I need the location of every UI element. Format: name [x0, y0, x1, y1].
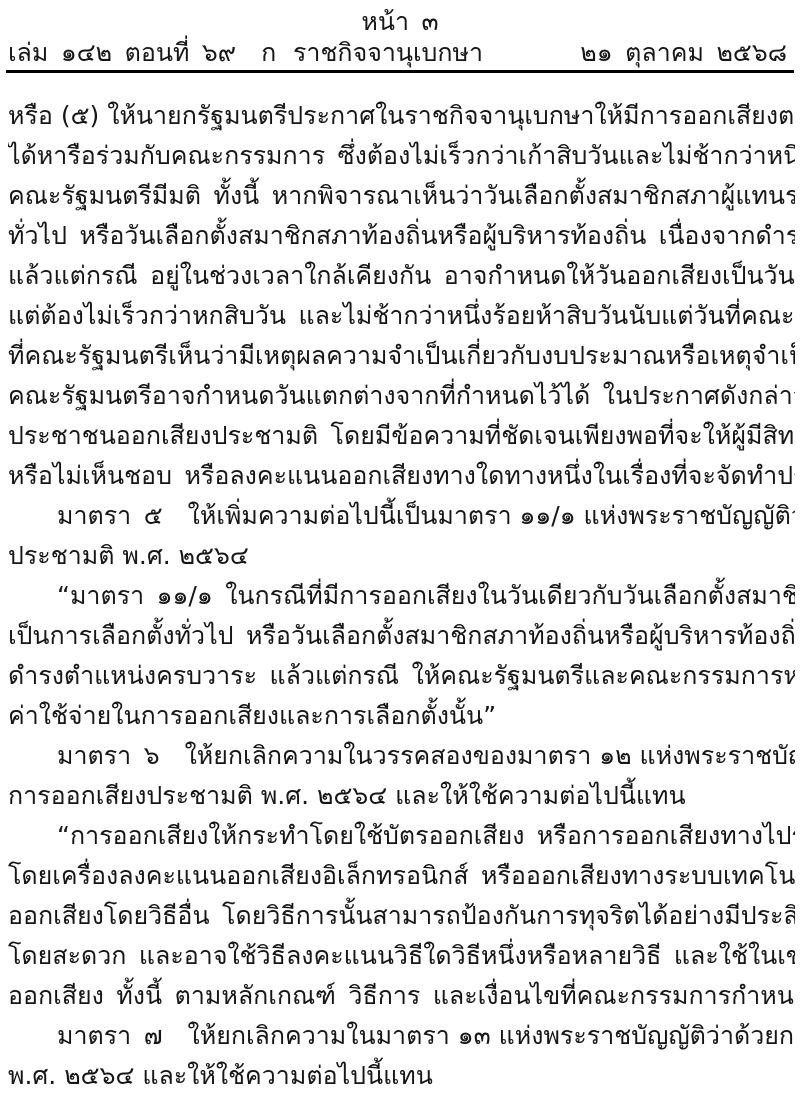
document-line: ประชามติ พ.ศ. ๒๕๖๔ [8, 536, 795, 576]
document-line: มาตรา ๖ ให้ยกเลิกความในวรรคสองของมาตรา ๑… [8, 736, 795, 776]
document-line: ออกเสียงโดยวิธีอื่น โดยวิธีการนั้นสามารถ… [8, 896, 795, 936]
document-line: แต่ต้องไม่เร็วกว่าหกสิบวัน และไม่ช้ากว่า… [8, 296, 795, 336]
paragraph: มาตรา ๗ ให้ยกเลิกความในมาตรา ๑๓ แห่งพระร… [8, 1016, 795, 1096]
page-number-label: หน้า ๓ [0, 7, 800, 37]
header-row: เล่ม ๑๔๒ ตอนที่ ๖๙ ก ราชกิจจานุเบกษา ๒๑ … [0, 39, 800, 67]
document-line: ได้หารือร่วมกับคณะกรรมการ ซึ่งต้องไม่เร็… [8, 136, 795, 176]
document-line: ทั่วไป หรือวันเลือกตั้งสมาชิกสภาท้องถิ่น… [8, 216, 795, 256]
issue-date: ๒๑ ตุลาคม ๒๕๖๘ [580, 39, 787, 67]
page-header: หน้า ๓ เล่ม ๑๔๒ ตอนที่ ๖๙ ก ราชกิจจานุเบ… [0, 7, 800, 73]
document-line: ออกเสียง ทั้งนี้ ตามหลักเกณฑ์ วิธีการ แล… [8, 976, 795, 1016]
document-line: โดยสะดวก และอาจใช้วิธีลงคะแนนวิธีใดวิธีห… [8, 936, 795, 976]
document-line: “มาตรา ๑๑/๑ ในกรณีที่มีการออกเสียงในวันเ… [8, 576, 795, 616]
document-line: หรือไม่เห็นชอบ หรือลงคะแนนออกเสียงทางใดท… [8, 456, 795, 496]
document-line: ที่คณะรัฐมนตรีเห็นว่ามีเหตุผลความจำเป็นเ… [8, 336, 795, 376]
document-line: ค่าใช้จ่ายในการออกเสียงและการเลือกตั้งนั… [8, 696, 795, 736]
document-line: “การออกเสียงให้กระทำโดยใช้บัตรออกเสียง ห… [8, 816, 795, 856]
paragraph: มาตรา ๕ ให้เพิ่มความต่อไปนี้เป็นมาตรา ๑๑… [8, 496, 795, 576]
document-line: โดยเครื่องลงคะแนนออกเสียงอิเล็กทรอนิกส์ … [8, 856, 795, 896]
document-line: คณะรัฐมนตรีมีมติ ทั้งนี้ หากพิจารณาเห็นว… [8, 176, 795, 216]
paragraph: มาตรา ๖ ให้ยกเลิกความในวรรคสองของมาตรา ๑… [8, 736, 795, 816]
document-line: มาตรา ๗ ให้ยกเลิกความในมาตรา ๑๓ แห่งพระร… [8, 1016, 795, 1056]
document-body: หรือ (๕) ให้นายกรัฐมนตรีประกาศในราชกิจจา… [8, 96, 795, 1096]
gazette-title: ราชกิจจานุเบกษา [293, 39, 483, 67]
document-line: แล้วแต่กรณี อยู่ในช่วงเวลาใกล้เคียงกัน อ… [8, 256, 795, 296]
document-line: หรือ (๕) ให้นายกรัฐมนตรีประกาศในราชกิจจา… [8, 96, 795, 136]
document-line: คณะรัฐมนตรีอาจกำหนดวันแตกต่างจากที่กำหนด… [8, 376, 795, 416]
header-divider [6, 70, 794, 73]
paragraph: หรือ (๕) ให้นายกรัฐมนตรีประกาศในราชกิจจา… [8, 96, 795, 496]
document-line: พ.ศ. ๒๕๖๔ และให้ใช้ความต่อไปนี้แทน [8, 1056, 795, 1096]
document-line: มาตรา ๕ ให้เพิ่มความต่อไปนี้เป็นมาตรา ๑๑… [8, 496, 795, 536]
document-line: เป็นการเลือกตั้งทั่วไป หรือวันเลือกตั้งส… [8, 616, 795, 656]
paragraph: “มาตรา ๑๑/๑ ในกรณีที่มีการออกเสียงในวันเ… [8, 576, 795, 736]
gazette-page: หน้า ๓ เล่ม ๑๔๒ ตอนที่ ๖๙ ก ราชกิจจานุเบ… [0, 0, 800, 1099]
document-line: ประชาชนออกเสียงประชามติ โดยมีข้อความที่ช… [8, 416, 795, 456]
document-line: ดำรงตำแหน่งครบวาระ แล้วแต่กรณี ให้คณะรัฐ… [8, 656, 795, 696]
volume-part-label: เล่ม ๑๔๒ ตอนที่ ๖๙ ก [8, 39, 276, 67]
paragraph: “การออกเสียงให้กระทำโดยใช้บัตรออกเสียง ห… [8, 816, 795, 1016]
document-line: การออกเสียงประชามติ พ.ศ. ๒๕๖๔ และให้ใช้ค… [8, 776, 795, 816]
